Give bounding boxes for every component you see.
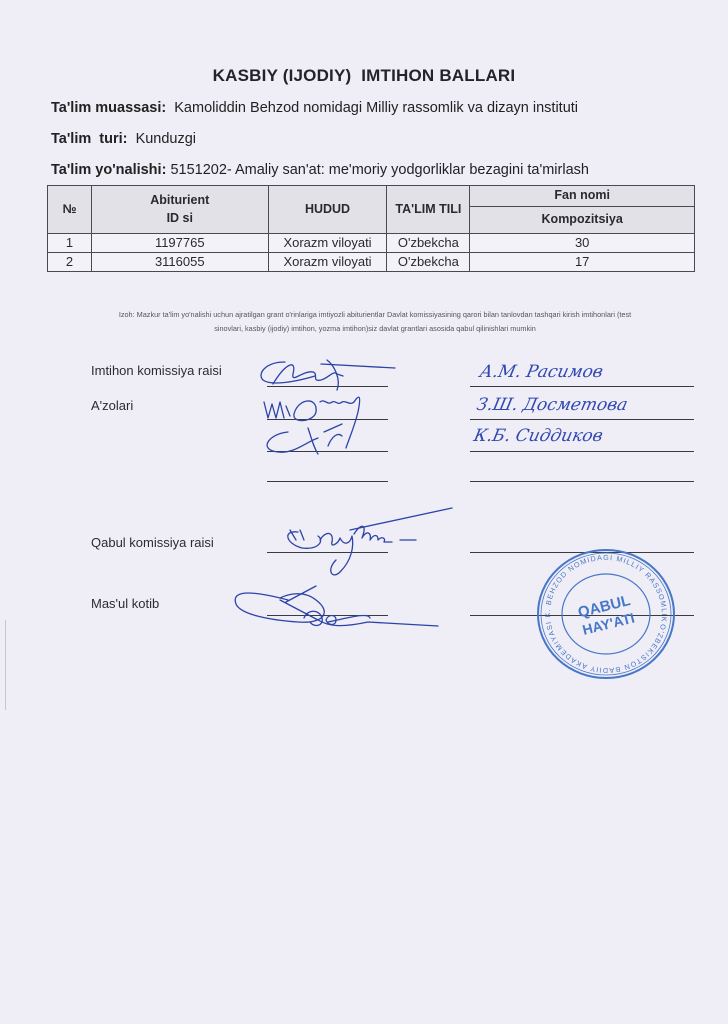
page-edge (5, 620, 6, 710)
admission-committee-stamp: O'ZBEKISTON BADIIY AKADEMIYASI K. BEHZOD… (534, 547, 678, 681)
secretary-signature (228, 578, 458, 638)
institution-label: Ta'lim muassasi: (51, 100, 166, 116)
header-applicant-id-line2: ID si (92, 212, 268, 226)
handwritten-name-2: З.Ш. Досметова (475, 395, 630, 415)
header-subject: Kompozitsiya (470, 207, 695, 234)
direction-label: Ta'lim yo'nalishi: (51, 162, 166, 178)
name-line (470, 419, 694, 420)
members-label: A'zolari (91, 398, 133, 413)
cell-applicant-id: 3116055 (91, 253, 268, 272)
exam-chair-signature (255, 356, 405, 396)
table-row: 11197765Xorazm viloyatiO'zbekcha30 (48, 234, 695, 253)
handwritten-name-3: К.Б. Сиддиков (472, 426, 605, 446)
name-line (470, 386, 694, 387)
header-subject-group: Fan nomi (470, 186, 695, 207)
institution-line: Ta'lim muassasi: Kamoliddin Behzod nomid… (51, 100, 578, 116)
cell-region: Xorazm viloyati (268, 253, 387, 272)
cell-language: O'zbekcha (387, 253, 470, 272)
admission-chair-signature (280, 500, 460, 580)
signature-line (267, 481, 388, 482)
admission-chair-label: Qabul komissiya raisi (91, 535, 214, 550)
study-form-value: Kunduzgi (136, 131, 196, 147)
table-row: 23116055Xorazm viloyatiO'zbekcha17 (48, 253, 695, 272)
header-applicant-id: Abiturient ID si (91, 186, 268, 234)
study-form-line: Ta'lim turi: Kunduzgi (51, 131, 196, 147)
cell-applicant-id: 1197765 (91, 234, 268, 253)
document-title: KASBIY (IJODIY) IMTIHON BALLARI (0, 66, 728, 86)
note-line-1: Izoh: Mazkur ta'lim yo'nalishi uchun ajr… (55, 308, 695, 322)
exam-chair-label: Imtihon komissiya raisi (91, 363, 222, 378)
note: Izoh: Mazkur ta'lim yo'nalishi uchun ajr… (55, 308, 695, 336)
study-form-label: Ta'lim turi: (51, 131, 128, 147)
cell-language: O'zbekcha (387, 234, 470, 253)
header-region: HUDUD (268, 186, 387, 234)
member-signature-1 (258, 392, 398, 462)
institution-value: Kamoliddin Behzod nomidagi Milliy rassom… (174, 100, 578, 116)
cell-score: 30 (470, 234, 695, 253)
secretary-label: Mas'ul kotib (91, 596, 159, 611)
cell-no: 2 (48, 253, 92, 272)
cell-no: 1 (48, 234, 92, 253)
name-line (470, 451, 694, 452)
direction-line: Ta'lim yo'nalishi: 5151202- Amaliy san'a… (51, 162, 589, 178)
scores-table: № Abiturient ID si HUDUD TA'LIM TILI Fan… (47, 185, 695, 272)
header-no: № (48, 186, 92, 234)
header-language: TA'LIM TILI (387, 186, 470, 234)
header-applicant-id-line1: Abiturient (92, 194, 268, 208)
note-line-2: sinovlari, kasbiy (ijodiy) imtihon, yozm… (55, 322, 695, 336)
cell-score: 17 (470, 253, 695, 272)
cell-region: Xorazm viloyati (268, 234, 387, 253)
name-line (470, 481, 694, 482)
direction-value: 5151202- Amaliy san'at: me'moriy yodgorl… (170, 162, 589, 178)
handwritten-name-1: А.М. Расимов (478, 362, 605, 382)
